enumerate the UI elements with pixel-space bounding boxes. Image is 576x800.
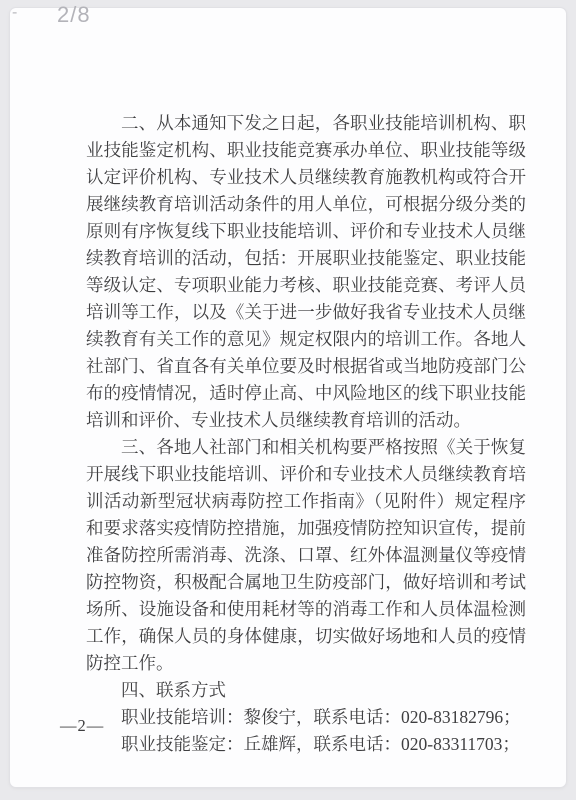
- paragraph-section-2: 二、从本通知下发之日起，各职业技能培训机构、职业技能鉴定机构、职业技能竞赛承办单…: [86, 110, 526, 434]
- page-counter: 2/8: [57, 2, 91, 28]
- document-page: 二、从本通知下发之日起，各职业技能培训机构、职业技能鉴定机构、职业技能竞赛承办单…: [10, 8, 566, 787]
- viewer-corner-mark: -: [12, 4, 17, 22]
- contact-line-appraisal: 职业技能鉴定：丘雄辉，联系电话：020-83311703；: [86, 731, 526, 758]
- document-body: 二、从本通知下发之日起，各职业技能培训机构、职业技能鉴定机构、职业技能竞赛承办单…: [86, 110, 526, 758]
- paragraph-section-3: 三、各地人社部门和相关机构要严格按照《关于恢复开展线下职业技能培训、评价和专业技…: [86, 434, 526, 677]
- contact-line-training: 职业技能培训：黎俊宁，联系电话：020-83182796；: [86, 704, 526, 731]
- paragraph-section-4-heading: 四、联系方式: [86, 677, 526, 704]
- footer-page-number: —2—: [60, 716, 104, 736]
- scanned-document-viewer: { "viewer": { "page_counter": "2/8", "co…: [0, 0, 576, 800]
